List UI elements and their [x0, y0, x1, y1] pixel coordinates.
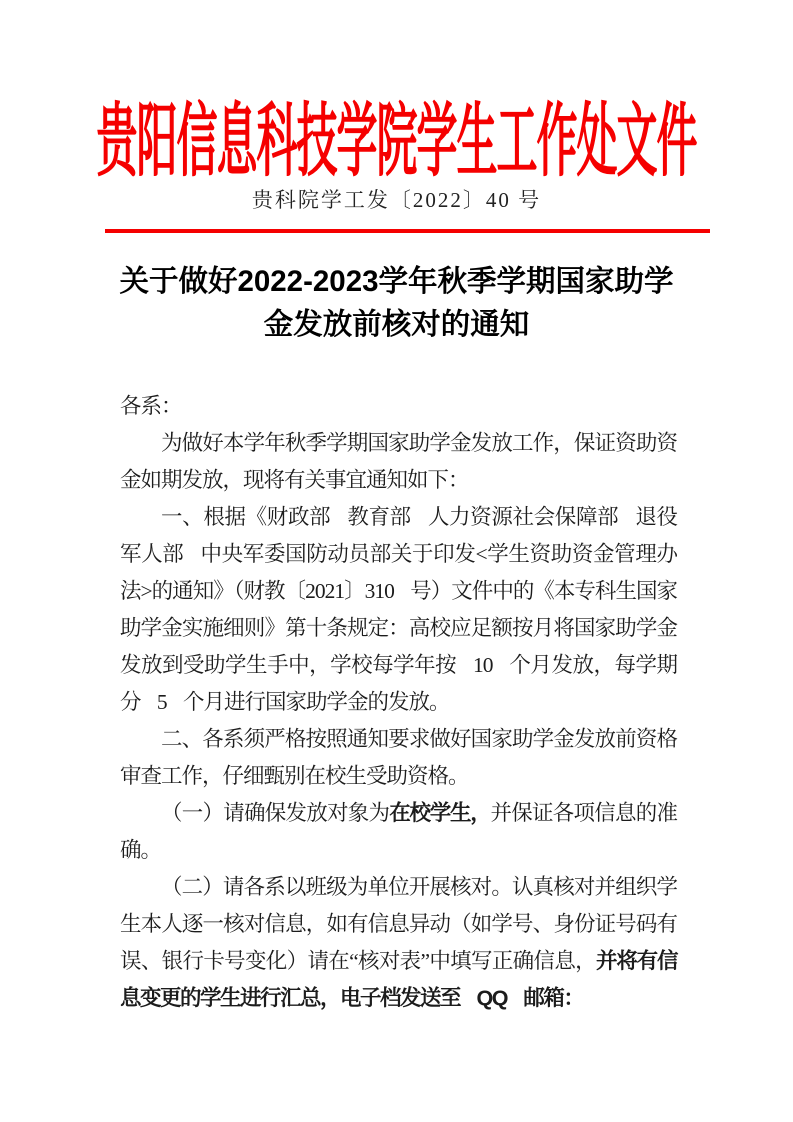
- body-paragraphs: 各系：为做好本学年秋季学期国家助学金发放工作，保证资助资金如期发放，现将有关事宜…: [120, 388, 677, 1017]
- letterhead-org-title: 贵阳信息科技学院学生工作处文件: [97, 76, 697, 191]
- document-page: 贵阳信息科技学院学生工作处文件 贵科院学工发〔2022〕40 号 关于做好202…: [0, 0, 793, 1122]
- text-segment: 各系：: [120, 394, 182, 418]
- text-segment: 为做好本学年秋季学期国家助学金发放工作，保证资助资金如期发放，现将有关事宜通知如…: [120, 431, 677, 492]
- text-segment: 一、根据《财政部 教育部 人力资源社会保障部 退役军人部 中央军委国防动员部关于…: [120, 505, 677, 714]
- text-segment: （二）请各系以班级为单位开展核对。认真核对并组织学生本人逐一核对信息，如有信息异…: [120, 875, 677, 973]
- paragraph: 为做好本学年秋季学期国家助学金发放工作，保证资助资金如期发放，现将有关事宜通知如…: [120, 425, 677, 499]
- doc-number: 贵科院学工发〔2022〕40 号: [0, 184, 793, 214]
- paragraph: 二、各系须严格按照通知要求做好国家助学金发放前资格审查工作，仔细甄别在校生受助资…: [120, 721, 677, 795]
- doc-title: 关于做好2022-2023学年秋季学期国家助学金发放前核对的通知: [118, 260, 675, 346]
- paragraph: （二）请各系以班级为单位开展核对。认真核对并组织学生本人逐一核对信息，如有信息异…: [120, 869, 677, 1017]
- letterhead: 贵阳信息科技学院学生工作处文件: [0, 86, 793, 182]
- emphasis-text: 在校学生，: [389, 801, 490, 825]
- red-divider-rule: [105, 229, 710, 233]
- paragraph: 一、根据《财政部 教育部 人力资源社会保障部 退役军人部 中央军委国防动员部关于…: [120, 499, 677, 721]
- text-segment: 二、各系须严格按照通知要求做好国家助学金发放前资格审查工作，仔细甄别在校生受助资…: [120, 727, 677, 788]
- paragraph: 各系：: [120, 388, 677, 425]
- text-segment: （一）请确保发放对象为: [161, 801, 389, 825]
- paragraph: （一）请确保发放对象为在校学生，并保证各项信息的准确。: [120, 795, 677, 869]
